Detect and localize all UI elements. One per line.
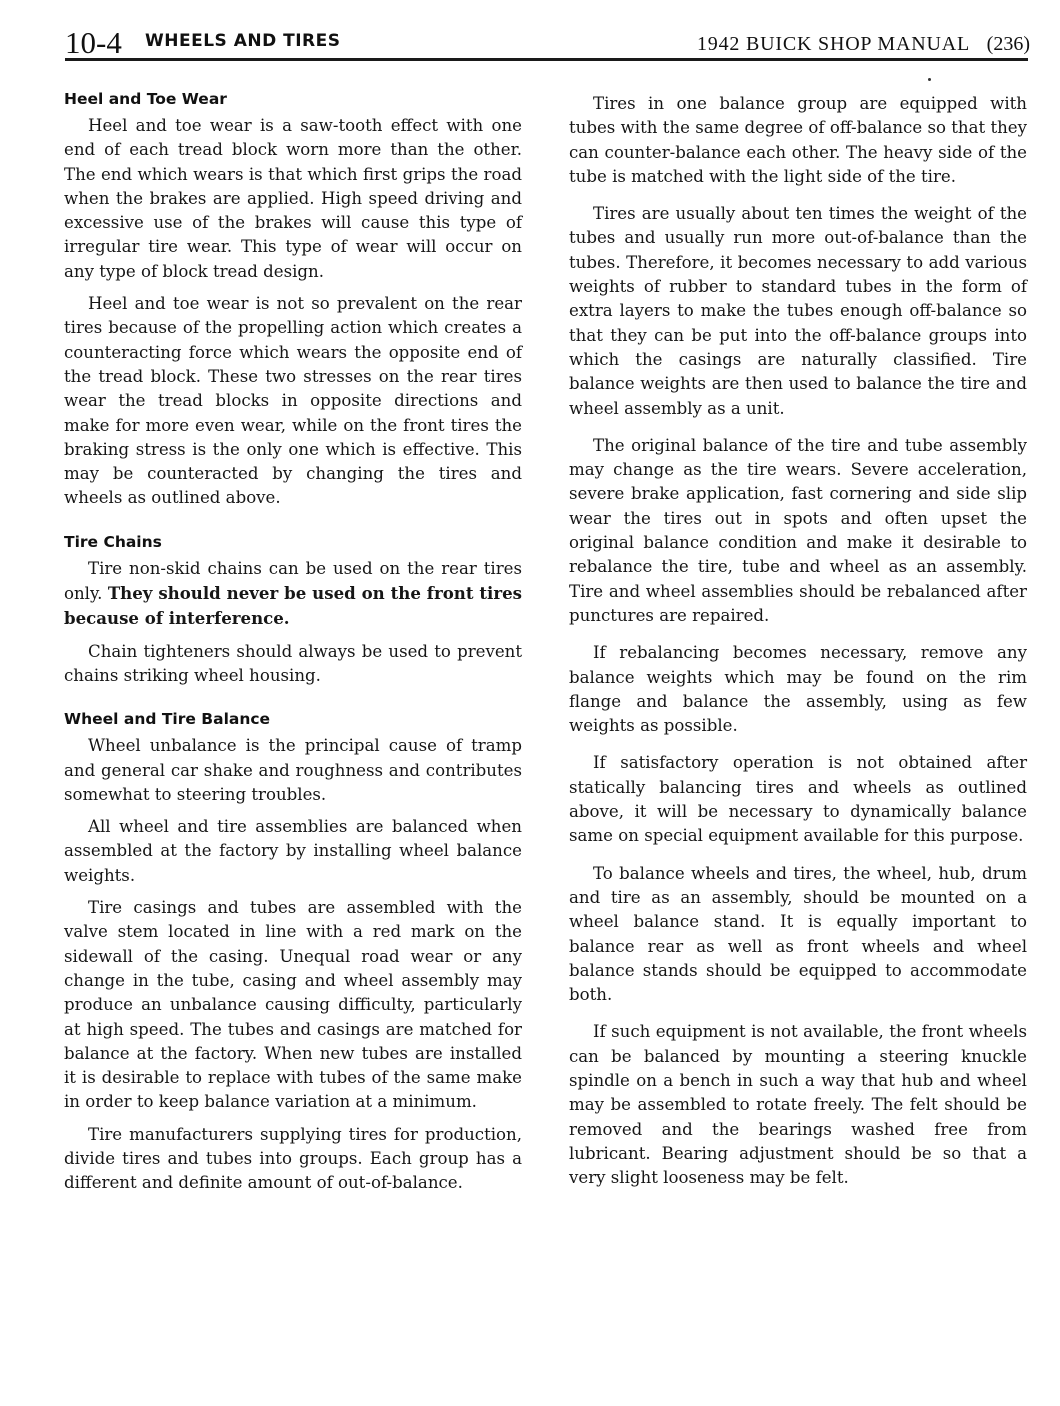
print-speck: [928, 78, 931, 81]
manual-page: 10-4 WHEELS AND TIRES 1942 BUICK SHOP MA…: [0, 0, 1060, 1406]
paragraph: Wheel unbalance is the principal cause o…: [64, 734, 522, 807]
paragraph: Tires in one balance group are equipped …: [569, 92, 1027, 189]
paragraph: Chain tighteners should always be used t…: [64, 640, 522, 689]
text-bold-warning: They should never be used on the front t…: [64, 583, 522, 628]
paragraph: Heel and toe wear is a saw-tooth effect …: [64, 114, 522, 284]
page-number: 10-4: [65, 26, 122, 60]
paragraph: Tires are usually about ten times the we…: [569, 202, 1027, 421]
heading-wheel-tire-balance: Wheel and Tire Balance: [64, 708, 522, 730]
paragraph: Tire casings and tubes are assembled wit…: [64, 896, 522, 1115]
paragraph: If such equipment is not available, the …: [569, 1020, 1027, 1190]
paragraph: Heel and toe wear is not so prevalent on…: [64, 292, 522, 511]
paragraph: All wheel and tire assemblies are balanc…: [64, 815, 522, 888]
paragraph-chains-warning: Tire non-skid chains can be used on the …: [64, 557, 522, 632]
paragraph: If rebalancing becomes necessary, remove…: [569, 641, 1027, 738]
heading-tire-chains: Tire Chains: [64, 531, 522, 553]
manual-title: 1942 BUICK SHOP MANUAL: [697, 33, 970, 56]
paragraph: The original balance of the tire and tub…: [569, 434, 1027, 628]
right-column: Tires in one balance group are equipped …: [569, 92, 1027, 1198]
paragraph: If satisfactory operation is not obtaine…: [569, 751, 1027, 848]
page-index: (236): [987, 33, 1030, 56]
section-title: WHEELS AND TIRES: [145, 31, 340, 51]
heading-heel-toe-wear: Heel and Toe Wear: [64, 88, 522, 110]
paragraph: To balance wheels and tires, the wheel, …: [569, 862, 1027, 1008]
page-header: 10-4 WHEELS AND TIRES 1942 BUICK SHOP MA…: [65, 26, 1030, 60]
paragraph: Tire manufacturers supplying tires for p…: [64, 1123, 522, 1196]
left-column: Heel and Toe Wear Heel and toe wear is a…: [64, 88, 522, 1204]
header-rule: [65, 58, 1028, 61]
